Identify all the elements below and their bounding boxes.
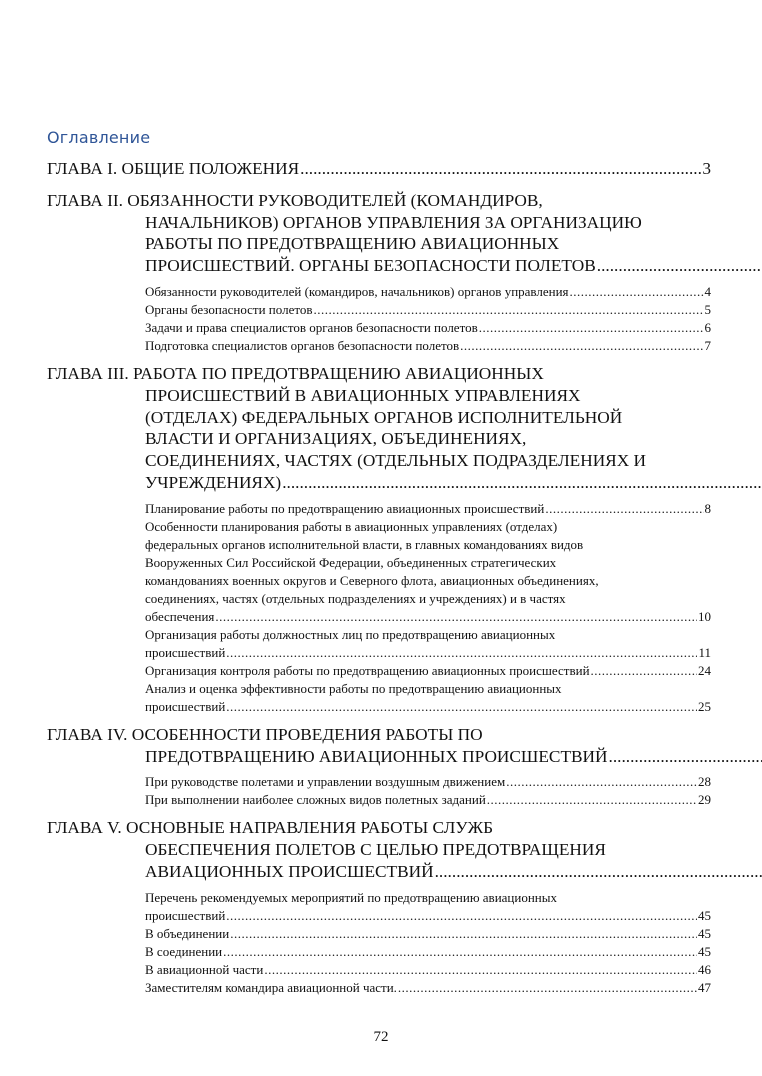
section-title: Задачи и права специалистов органов безо… — [145, 319, 478, 337]
toc-section: Органы безопасности полетов5 — [145, 301, 711, 319]
table-of-contents: ГЛАВА I. ОБЩИЕ ПОЛОЖЕНИЯ3ГЛАВА II. ОБЯЗА… — [47, 158, 711, 1005]
section-link[interactable]: В объединении45 — [145, 925, 711, 943]
section-link[interactable]: Обязанности руководителей (командиров, н… — [145, 283, 711, 301]
toc-section: Организация контроля работы по предотвра… — [145, 662, 711, 680]
chapter-text-line: РАБОТЫ ПО ПРЕДОТВРАЩЕНИЮ АВИАЦИОННЫХ — [47, 233, 711, 255]
section-link[interactable]: В соединении45 — [145, 943, 711, 961]
section-link[interactable]: Подготовка специалистов органов безопасн… — [145, 337, 711, 355]
dot-leader — [545, 500, 703, 518]
chapter-text-line: ГЛАВА IV. ОСОБЕННОСТИ ПРОВЕДЕНИЯ РАБОТЫ … — [47, 724, 711, 746]
dot-leader — [570, 283, 704, 301]
dot-leader — [609, 747, 762, 766]
toc-section: В авиационной части46 — [145, 961, 711, 979]
dot-leader — [591, 662, 697, 680]
dot-leader — [487, 791, 697, 809]
dot-leader — [506, 773, 697, 791]
toc-section: При руководстве полетами и управлении во… — [145, 773, 711, 791]
toc-section: Задачи и права специалистов органов безо… — [145, 319, 711, 337]
section-link[interactable]: Заместителям командира авиационной части… — [145, 979, 711, 997]
section-link[interactable]: При выполнении наиболее сложных видов по… — [145, 791, 711, 809]
section-page-number: 46 — [698, 961, 711, 979]
chapter-title: АВИАЦИОННЫХ ПРОИСШЕСТВИЙ — [145, 862, 434, 881]
section-link[interactable]: Органы безопасности полетов5 — [145, 301, 711, 319]
toc-chapter: ГЛАВА IV. ОСОБЕННОСТИ ПРОВЕДЕНИЯ РАБОТЫ … — [47, 724, 711, 768]
dot-leader — [230, 925, 697, 943]
dot-leader — [226, 644, 697, 662]
dot-leader — [226, 698, 697, 716]
section-page-number: 45 — [698, 907, 711, 925]
chapter-text-line: НАЧАЛЬНИКОВ) ОРГАНОВ УПРАВЛЕНИЯ ЗА ОРГАН… — [47, 212, 711, 234]
toc-chapter: ГЛАВА III. РАБОТА ПО ПРЕДОТВРАЩЕНИЮ АВИА… — [47, 363, 711, 494]
section-link[interactable]: В авиационной части46 — [145, 961, 711, 979]
dot-leader — [314, 301, 704, 319]
section-page-number: 45 — [698, 943, 711, 961]
chapter-text-line: ОБЕСПЕЧЕНИЯ ПОЛЕТОВ С ЦЕЛЬЮ ПРЕДОТВРАЩЕН… — [47, 839, 711, 861]
dot-leader — [215, 608, 697, 626]
toc-section: Подготовка специалистов органов безопасн… — [145, 337, 711, 355]
dot-leader — [300, 158, 701, 180]
chapter-text-line: ГЛАВА III. РАБОТА ПО ПРЕДОТВРАЩЕНИЮ АВИА… — [47, 363, 711, 385]
section-page-number: 10 — [698, 608, 711, 626]
toc-chapter: ГЛАВА I. ОБЩИЕ ПОЛОЖЕНИЯ3 — [47, 158, 711, 180]
chapter-link[interactable]: УЧРЕЖДЕНИЯХ)8 — [47, 472, 711, 494]
dot-leader — [479, 319, 704, 337]
chapter-text-line: ВЛАСТИ И ОРГАНИЗАЦИЯХ, ОБЪЕДИНЕНИЯХ, — [47, 428, 711, 450]
dot-leader — [223, 943, 697, 961]
chapter-text-line: СОЕДИНЕНИЯХ, ЧАСТЯХ (ОТДЕЛЬНЫХ ПОДРАЗДЕЛ… — [47, 450, 711, 472]
section-page-number: 4 — [705, 283, 712, 301]
dot-leader — [398, 979, 697, 997]
chapter-text-line: (ОТДЕЛАХ) ФЕДЕРАЛЬНЫХ ОРГАНОВ ИСПОЛНИТЕЛ… — [47, 407, 711, 429]
section-link[interactable]: происшествий11 — [145, 644, 711, 662]
toc-section-list: При руководстве полетами и управлении во… — [47, 773, 711, 809]
section-link[interactable]: Организация контроля работы по предотвра… — [145, 662, 711, 680]
section-title: При выполнении наиболее сложных видов по… — [145, 791, 486, 809]
chapter-text-line: ГЛАВА II. ОБЯЗАННОСТИ РУКОВОДИТЕЛЕЙ (КОМ… — [47, 190, 711, 212]
section-text-line: Особенности планирования работы в авиаци… — [145, 518, 711, 536]
chapter-title: УЧРЕЖДЕНИЯХ) — [145, 473, 281, 492]
section-title: Подготовка специалистов органов безопасн… — [145, 337, 459, 355]
section-page-number: 8 — [705, 500, 712, 518]
section-page-number: 47 — [698, 979, 711, 997]
section-link[interactable]: При руководстве полетами и управлении во… — [145, 773, 711, 791]
toc-section: Особенности планирования работы в авиаци… — [145, 518, 711, 626]
toc-section: В объединении45 — [145, 925, 711, 943]
toc-section: Анализ и оценка эффективности работы по … — [145, 680, 711, 716]
section-page-number: 11 — [698, 644, 711, 662]
dot-leader — [282, 473, 762, 492]
toc-section: Обязанности руководителей (командиров, н… — [145, 283, 711, 301]
section-text-line: соединениях, частях (отдельных подраздел… — [145, 590, 711, 608]
section-title: Органы безопасности полетов — [145, 301, 313, 319]
chapter-title: ПРОИСШЕСТВИЙ. ОРГАНЫ БЕЗОПАСНОСТИ ПОЛЕТО… — [145, 256, 596, 275]
section-page-number: 25 — [698, 698, 711, 716]
toc-chapter: ГЛАВА V. ОСНОВНЫЕ НАПРАВЛЕНИЯ РАБОТЫ СЛУ… — [47, 817, 711, 882]
section-page-number: 6 — [705, 319, 712, 337]
toc-chapter: ГЛАВА II. ОБЯЗАННОСТИ РУКОВОДИТЕЛЕЙ (КОМ… — [47, 190, 711, 277]
chapter-title: ПРЕДОТВРАЩЕНИЮ АВИАЦИОННЫХ ПРОИСШЕСТВИЙ — [145, 747, 608, 766]
chapter-link[interactable]: ПРОИСШЕСТВИЙ. ОРГАНЫ БЕЗОПАСНОСТИ ПОЛЕТО… — [47, 255, 711, 277]
dot-leader — [435, 862, 762, 881]
toc-section: Перечень рекомендуемых мероприятий по пр… — [145, 889, 711, 925]
section-title: Организация контроля работы по предотвра… — [145, 662, 590, 680]
section-link[interactable]: обеспечения10 — [145, 608, 711, 626]
section-title: происшествий — [145, 907, 225, 925]
section-title: обеспечения — [145, 608, 214, 626]
chapter-title: ГЛАВА I. ОБЩИЕ ПОЛОЖЕНИЯ — [47, 158, 299, 180]
section-title: В объединении — [145, 925, 229, 943]
section-link[interactable]: Задачи и права специалистов органов безо… — [145, 319, 711, 337]
chapter-link[interactable]: ГЛАВА I. ОБЩИЕ ПОЛОЖЕНИЯ3 — [47, 158, 711, 180]
section-text-line: командованиях военных округов и Северног… — [145, 572, 711, 590]
toc-section-list: Планирование работы по предотвращению ав… — [47, 500, 711, 716]
section-page-number: 29 — [698, 791, 711, 809]
dot-leader — [460, 337, 703, 355]
section-text-line: Анализ и оценка эффективности работы по … — [145, 680, 711, 698]
chapter-text-line: ГЛАВА V. ОСНОВНЫЕ НАПРАВЛЕНИЯ РАБОТЫ СЛУ… — [47, 817, 711, 839]
section-link[interactable]: происшествий25 — [145, 698, 711, 716]
chapter-link[interactable]: ПРЕДОТВРАЩЕНИЮ АВИАЦИОННЫХ ПРОИСШЕСТВИЙ2… — [47, 746, 711, 768]
document-page: Оглавление ГЛАВА I. ОБЩИЕ ПОЛОЖЕНИЯ3ГЛАВ… — [0, 0, 762, 1076]
section-title: Планирование работы по предотвращению ав… — [145, 500, 544, 518]
dot-leader — [264, 961, 697, 979]
section-title: происшествий — [145, 644, 225, 662]
section-title: происшествий — [145, 698, 225, 716]
section-title: В авиационной части — [145, 961, 263, 979]
section-page-number: 7 — [705, 337, 712, 355]
section-text-line: Организация работы должностных лиц по пр… — [145, 626, 711, 644]
chapter-page-number: 3 — [702, 158, 711, 180]
dot-leader — [226, 907, 697, 925]
section-title: В соединении — [145, 943, 222, 961]
toc-section: При выполнении наиболее сложных видов по… — [145, 791, 711, 809]
section-link[interactable]: происшествий45 — [145, 907, 711, 925]
chapter-text-line: ПРОИСШЕСТВИЙ В АВИАЦИОННЫХ УПРАВЛЕНИЯХ — [47, 385, 711, 407]
toc-section: Планирование работы по предотвращению ав… — [145, 500, 711, 518]
section-page-number: 45 — [698, 925, 711, 943]
toc-section: Организация работы должностных лиц по пр… — [145, 626, 711, 662]
section-title: При руководстве полетами и управлении во… — [145, 773, 505, 791]
section-page-number: 28 — [698, 773, 711, 791]
chapter-link[interactable]: АВИАЦИОННЫХ ПРОИСШЕСТВИЙ37 — [47, 861, 711, 883]
section-page-number: 24 — [698, 662, 711, 680]
section-text-line: Перечень рекомендуемых мероприятий по пр… — [145, 889, 711, 907]
toc-section: В соединении45 — [145, 943, 711, 961]
toc-section: Заместителям командира авиационной части… — [145, 979, 711, 997]
section-link[interactable]: Планирование работы по предотвращению ав… — [145, 500, 711, 518]
section-title: Обязанности руководителей (командиров, н… — [145, 283, 569, 301]
toc-section-list: Перечень рекомендуемых мероприятий по пр… — [47, 889, 711, 997]
toc-heading: Оглавление — [47, 128, 150, 147]
dot-leader — [597, 256, 762, 275]
section-page-number: 5 — [705, 301, 712, 319]
section-text-line: Вооруженных Сил Российской Федерации, об… — [145, 554, 711, 572]
page-number: 72 — [0, 1029, 762, 1046]
toc-section-list: Обязанности руководителей (командиров, н… — [47, 283, 711, 355]
section-title: Заместителям командира авиационной части… — [145, 979, 397, 997]
section-text-line: федеральных органов исполнительной власт… — [145, 536, 711, 554]
